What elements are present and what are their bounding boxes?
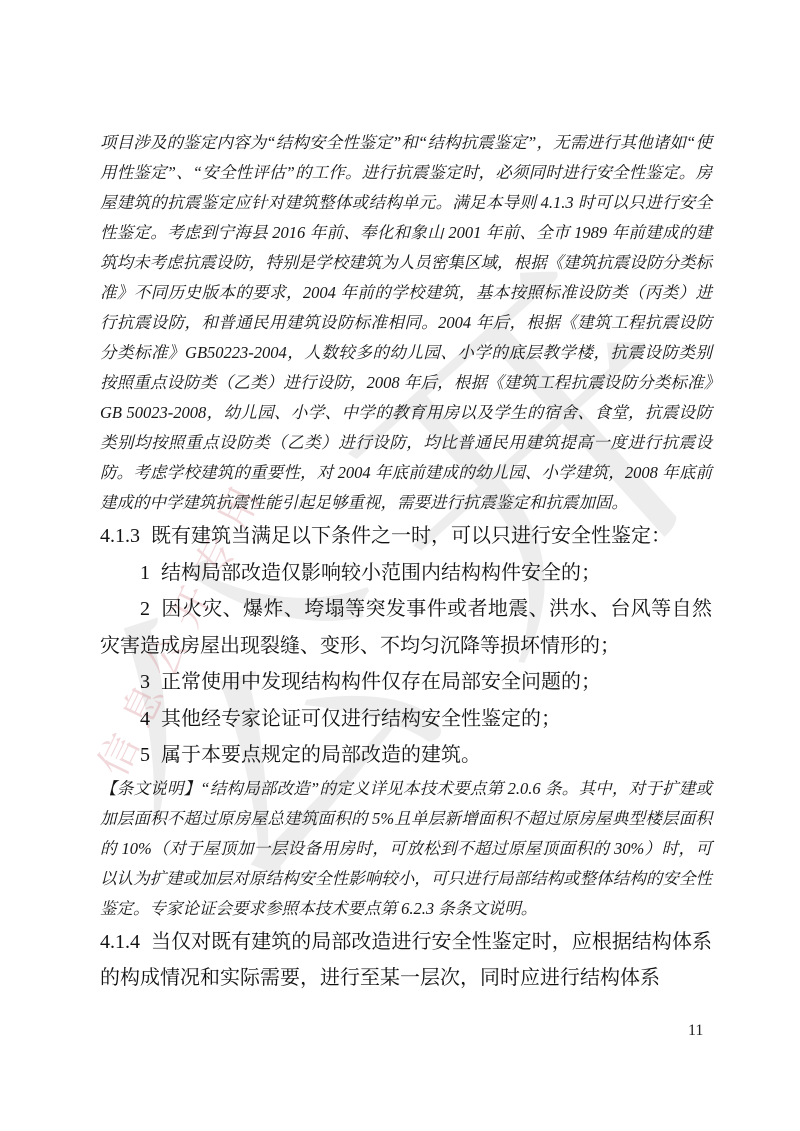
clause-number: 4.1.4 xyxy=(100,931,140,953)
clause-text: 既有建筑当满足以下条件之一时，可以只进行安全性鉴定： xyxy=(151,525,671,547)
list-item-5: 5属于本要点规定的局部改造的建筑。 xyxy=(100,737,712,774)
list-item-1: 1结构局部改造仅影响较小范围内结构构件安全的； xyxy=(100,555,712,592)
item-text: 属于本要点规定的局部改造的建筑。 xyxy=(161,744,481,766)
clause-text: 当仅对既有建筑的局部改造进行安全性鉴定时，应根据结构体系的构成情况和实际需要，进… xyxy=(100,931,712,990)
item-number: 5 xyxy=(140,744,150,766)
item-text: 其他经专家论证可仅进行结构安全性鉴定的； xyxy=(161,708,561,730)
clause-number: 4.1.3 xyxy=(100,525,140,547)
list-item-4: 4其他经专家论证可仅进行结构安全性鉴定的； xyxy=(100,701,712,738)
item-number: 4 xyxy=(140,708,150,730)
item-number: 2 xyxy=(140,598,150,620)
list-item-2: 2因火灾、爆炸、垮塌等突发事件或者地震、洪水、台风等自然灾害造成房屋出现裂缝、变… xyxy=(100,591,712,664)
paragraph-commentary-continuation: 项目涉及的鉴定内容为“结构安全性鉴定”和“结构抗震鉴定”，无需进行其他诸如“使用… xyxy=(100,128,712,518)
item-number: 1 xyxy=(140,562,150,584)
item-text: 正常使用中发现结构构件仅存在局部安全问题的； xyxy=(161,671,601,693)
clause-4-1-3-heading: 4.1.3既有建筑当满足以下条件之一时，可以只进行安全性鉴定： xyxy=(100,518,712,555)
document-page: 公开 信息公开专用 项目涉及的鉴定内容为“结构安全性鉴定”和“结构抗震鉴定”，无… xyxy=(0,0,800,1131)
paragraph-clause-commentary: 【条文说明】“结构局部改造”的定义详见本技术要点第 2.0.6 条。其中，对于扩… xyxy=(100,774,712,924)
clause-4-1-4: 4.1.4当仅对既有建筑的局部改造进行安全性鉴定时，应根据结构体系的构成情况和实… xyxy=(100,924,712,997)
item-text: 结构局部改造仅影响较小范围内结构构件安全的； xyxy=(161,562,601,584)
text-column: 项目涉及的鉴定内容为“结构安全性鉴定”和“结构抗震鉴定”，无需进行其他诸如“使用… xyxy=(100,128,712,997)
item-text: 因火灾、爆炸、垮塌等突发事件或者地震、洪水、台风等自然灾害造成房屋出现裂缝、变形… xyxy=(100,598,712,657)
page-number: 11 xyxy=(688,1022,703,1040)
list-item-3: 3正常使用中发现结构构件仅存在局部安全问题的； xyxy=(100,664,712,701)
item-number: 3 xyxy=(140,671,150,693)
